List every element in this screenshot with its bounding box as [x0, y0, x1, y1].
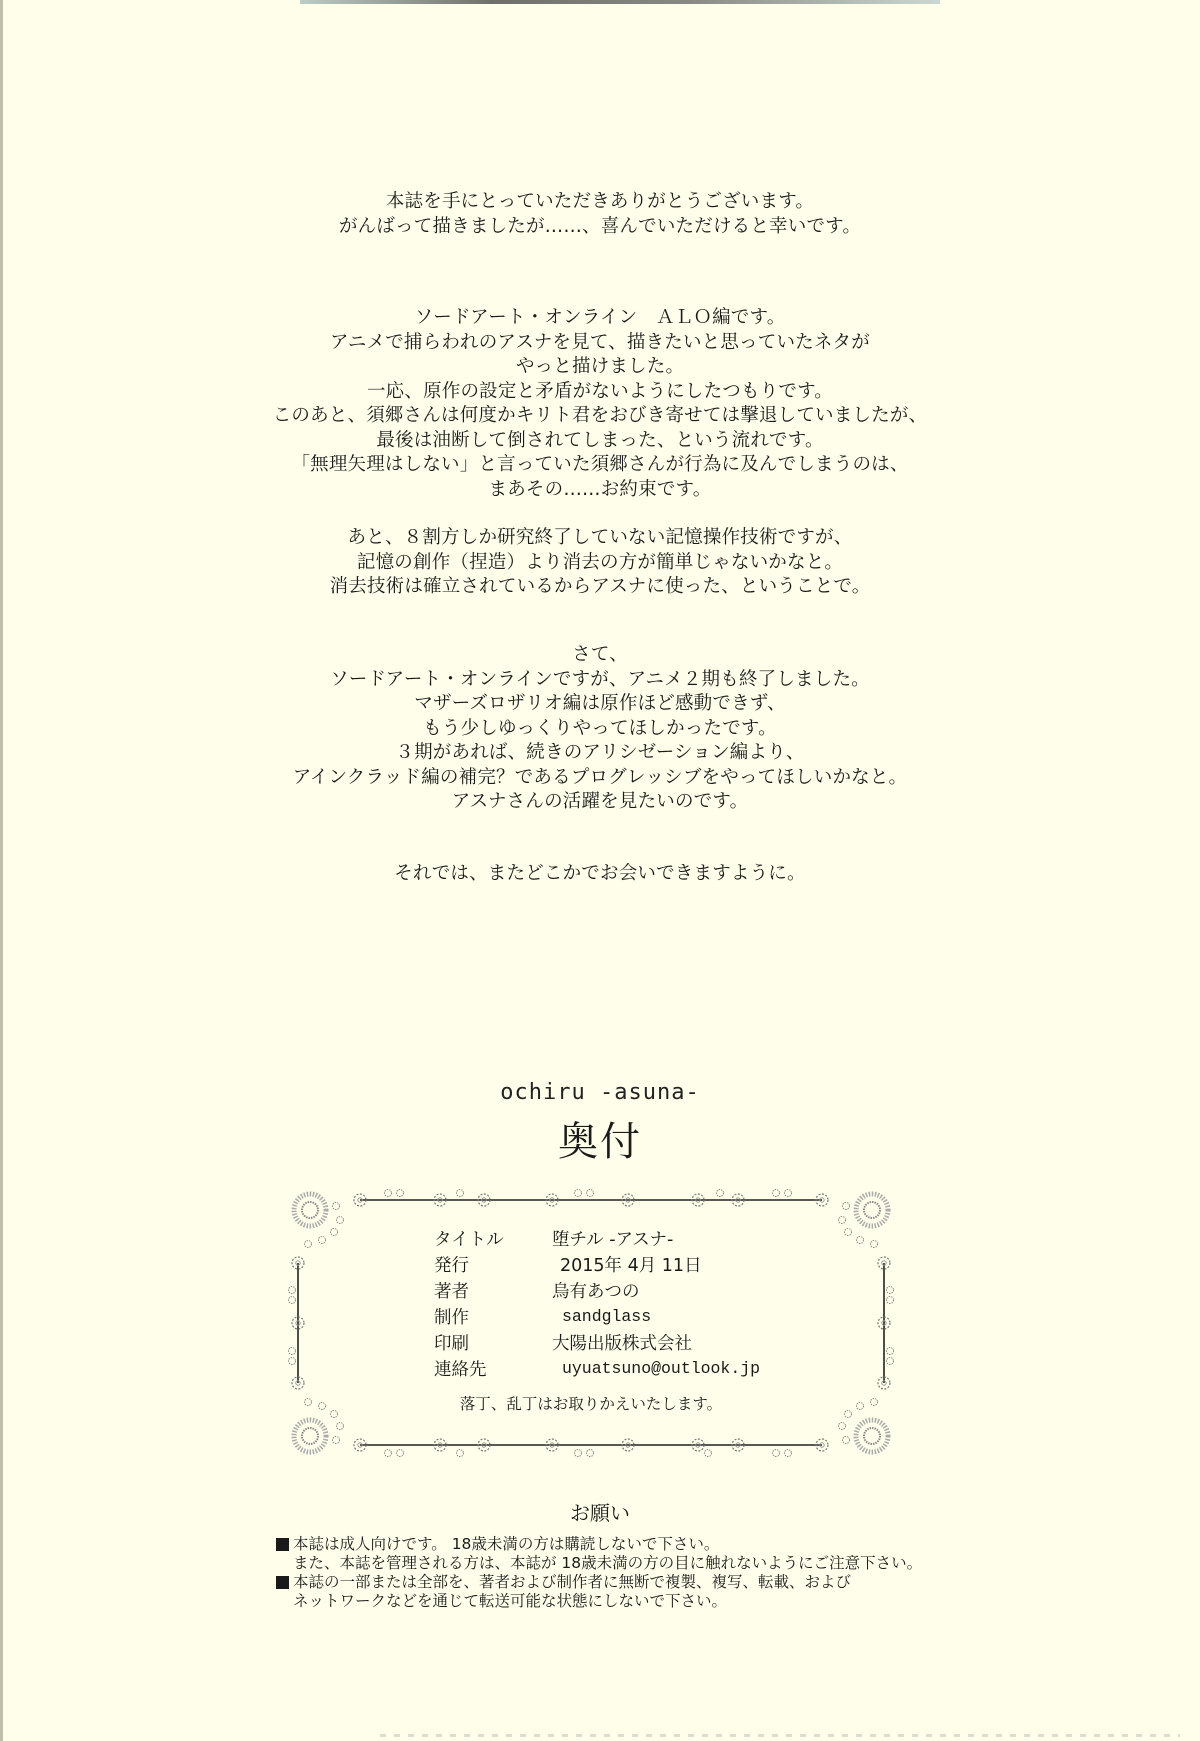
colophon-note: 落丁、乱丁はお取りかえいたします。 — [288, 1392, 894, 1414]
text-line: 記憶の創作（捏造）より消去の方が簡単じゃないかなと。 — [0, 551, 1200, 576]
text-line: まあその……お約束です。 — [0, 478, 1200, 503]
text-line: 本誌の一部または全部を、著者および制作者に無断で複製、複写、転載、および — [293, 1573, 922, 1592]
text-line: やっと描けました。 — [0, 355, 1200, 380]
colophon-value-email: uyuatsuno@outlook.jp — [552, 1355, 760, 1381]
colophon-value-printer: 大陽出版株式会社 — [552, 1329, 760, 1355]
text-line: さて、 — [0, 643, 1200, 668]
colophon-value-title: 堕チル -アスナ- — [552, 1225, 760, 1251]
text-line: このあと、須郷さんは何度かキリト君をおびき寄せては撃退していましたが、 — [0, 404, 1200, 429]
text-line: 最後は油断して倒されてしまった、という流れです。 — [0, 429, 1200, 454]
colophon-row-author: 著者 烏有あつの — [434, 1277, 760, 1303]
square-bullet-icon — [276, 1576, 289, 1589]
text-line: 本誌は成人向けです。 18歳未満の方は購読しないで下さい。 — [293, 1535, 922, 1554]
colophon-label: 連絡先 — [434, 1355, 552, 1381]
text-line: あと、８割方しか研究終了していない記憶操作技術ですが、 — [0, 526, 1200, 551]
colophon-info-table: タイトル 堕チル -アスナ- 発行 2015年 4月 11日 著者 烏有あつの … — [434, 1225, 760, 1381]
afterword-paragraph-thanks: 本誌を手にとっていただきありがとうございます。 がんばって描きましたが……、喜ん… — [0, 190, 1200, 239]
text-line: アニメで捕らわれのアスナを見て、描きたいと思っていたネタが — [0, 331, 1200, 356]
square-bullet-icon — [276, 1538, 289, 1551]
afterword-paragraph-season2: さて、 ソードアート・オンラインですが、アニメ２期も終了しました。 マザーズロザ… — [0, 643, 1200, 815]
colophon-value-circle: sandglass — [552, 1303, 760, 1329]
text-line: また、本誌を管理される方は、本誌が 18歳未満の方の目に触れないようにご注意下さ… — [293, 1554, 922, 1573]
text-line: 一応、原作の設定と矛盾がないようにしたつもりです。 — [0, 380, 1200, 405]
colophon-row-production: 制作 sandglass — [434, 1303, 760, 1329]
colophon-row-contact: 連絡先 uyuatsuno@outlook.jp — [434, 1355, 760, 1381]
colophon-label: 制作 — [434, 1303, 552, 1329]
colophon-label: 著者 — [434, 1277, 552, 1303]
colophon-frame: タイトル 堕チル -アスナ- 発行 2015年 4月 11日 著者 烏有あつの … — [288, 1188, 894, 1458]
text-line: がんばって描きましたが……、喜んでいただけると幸いです。 — [0, 215, 1200, 240]
colophon-label: 印刷 — [434, 1329, 552, 1355]
text-line: マザーズロザリオ編は原作ほど感動できず、 — [0, 692, 1200, 717]
text-line: 消去技術は確立されているからアスナに使った、ということで。 — [0, 575, 1200, 600]
scan-edge-bottom — [380, 1734, 1180, 1737]
text-line: ３期があれば、続きのアリシゼーション編より、 — [0, 741, 1200, 766]
text-line: アインクラッド編の補完？であるプログレッシブをやってほしいかなと。 — [0, 766, 1200, 791]
request-heading: お願い — [0, 1497, 1200, 1526]
request-list: 本誌は成人向けです。 18歳未満の方は購読しないで下さい。 また、本誌を管理され… — [276, 1535, 922, 1611]
colophon-value-author: 烏有あつの — [552, 1277, 760, 1303]
request-item: 本誌の一部または全部を、著者および制作者に無断で複製、複写、転載、および ネット… — [276, 1573, 922, 1611]
colophon-row-published: 発行 2015年 4月 11日 — [434, 1251, 760, 1277]
text-line: 本誌を手にとっていただきありがとうございます。 — [0, 190, 1200, 215]
afterword-paragraph-alo: ソードアート・オンライン ＡＬＯ編です。 アニメで捕らわれのアスナを見て、描きた… — [0, 306, 1200, 502]
text-line: もう少しゆっくりやってほしかったです。 — [0, 717, 1200, 742]
text-line: ソードアート・オンライン ＡＬＯ編です。 — [0, 306, 1200, 331]
colophon-row-title: タイトル 堕チル -アスナ- — [434, 1225, 760, 1251]
text-line: アスナさんの活躍を見たいのです。 — [0, 790, 1200, 815]
colophon-label: 発行 — [434, 1251, 552, 1277]
colophon-value-date: 2015年 4月 11日 — [552, 1251, 760, 1277]
text-line: 「無理矢理はしない」と言っていた須郷さんが行為に及んでしまうのは、 — [0, 453, 1200, 478]
scan-edge-top — [300, 0, 940, 4]
request-item: 本誌は成人向けです。 18歳未満の方は購読しないで下さい。 また、本誌を管理され… — [276, 1535, 922, 1573]
afterword-paragraph-memory: あと、８割方しか研究終了していない記憶操作技術ですが、 記憶の創作（捏造）より消… — [0, 526, 1200, 600]
text-line: ソードアート・オンラインですが、アニメ２期も終了しました。 — [0, 668, 1200, 693]
colophon-heading: 奥付 — [0, 1110, 1200, 1167]
colophon-row-printer: 印刷 大陽出版株式会社 — [434, 1329, 760, 1355]
colophon-label: タイトル — [434, 1225, 552, 1251]
colophon-subtitle: ochiru -asuna- — [0, 1080, 1200, 1105]
text-line: それでは、またどこかでお会いできますように。 — [0, 862, 1200, 887]
text-line: ネットワークなどを通じて転送可能な状態にしないで下さい。 — [293, 1592, 922, 1611]
afterword-paragraph-farewell: それでは、またどこかでお会いできますように。 — [0, 862, 1200, 887]
